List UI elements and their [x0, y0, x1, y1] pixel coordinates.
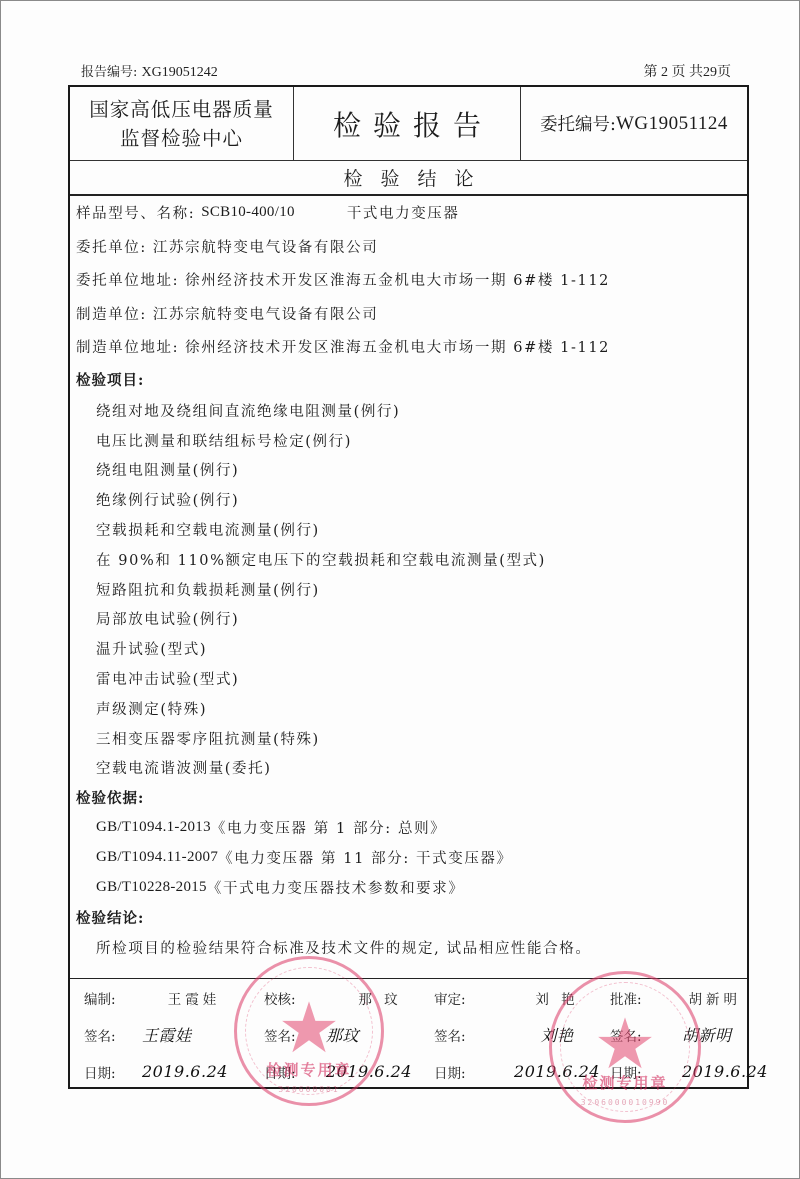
test-item: 局部放电试验(例行) [76, 604, 747, 634]
client-address-line: 委托单位地址: 徐州经济技术开发区淮海五金机电大市场一期 6#楼 1-112 [76, 263, 747, 297]
date-label: 日期: [84, 1062, 142, 1082]
sign-label: 签名: [610, 1025, 682, 1045]
checker-date: 2019.6.24 [326, 1062, 434, 1081]
role-label-approved: 批准: [610, 988, 682, 1008]
report-number: 报告编号: XG19051242 [81, 61, 218, 81]
role-label-compiled: 编制: [84, 988, 142, 1008]
client-address-value: 徐州经济技术开发区淮海五金机电大市场一期 6#楼 1-112 [185, 269, 610, 290]
checker-name: 那 玟 [326, 988, 434, 1008]
basis-item: GB/T1094.1-2013 《电力变压器 第 1 部分: 总则》 [76, 813, 747, 843]
approver-signature: 胡新明 [682, 1023, 747, 1046]
manufacturer-line: 制造单位: 江苏宗航特变电气设备有限公司 [76, 297, 747, 331]
issuing-organization: 国家高低压电器质量 监督检验中心 [70, 87, 294, 160]
sample-model: SCB10-400/10 [201, 204, 295, 221]
dates-row: 日期: 2019.6.24 日期: 2019.6.24 日期: 2019.6.2… [70, 1053, 747, 1090]
sign-label: 签名: [434, 1025, 504, 1045]
test-item: 短路阻抗和负载损耗测量(例行) [76, 574, 747, 604]
conclusion-heading: 检验结论: [76, 903, 747, 933]
document-title: 检验报告 [294, 87, 521, 160]
consignment-label: 委托编号: [540, 111, 616, 136]
report-frame: 国家高低压电器质量 监督检验中心 检验报告 委托编号: WG19051124 检… [68, 85, 749, 1089]
client-address-label: 委托单位地址: [76, 269, 179, 290]
test-items-heading: 检验项目: [76, 364, 747, 396]
compiler-name: 王霞娃 [142, 988, 246, 1008]
basis-heading: 检验依据: [76, 783, 747, 813]
section-title: 检验结论 [70, 161, 747, 196]
manufacturer-address-value: 徐州经济技术开发区淮海五金机电大市场一期 6#楼 1-112 [185, 336, 610, 357]
test-item: 绕组对地及绕组间直流绝缘电阻测量(例行) [76, 396, 747, 426]
report-number-label: 报告编号: [81, 65, 137, 80]
test-item: 温升试验(型式) [76, 634, 747, 664]
page-meta: 报告编号: XG19051242 第 2 页 共29页 [81, 61, 731, 81]
test-item: 在 90%和 110%额定电压下的空载损耗和空载电流测量(型式) [76, 544, 747, 574]
basis-label: 检验依据: [76, 787, 144, 808]
org-line-1: 国家高低压电器质量 [89, 95, 274, 124]
standard-code: GB/T10228-2015 [96, 879, 207, 896]
org-line-2: 监督检验中心 [120, 124, 243, 153]
test-item: 空载电流谐波测量(委托) [76, 753, 747, 783]
conclusion-label: 检验结论: [76, 907, 144, 928]
test-item: 雷电冲击试验(型式) [76, 664, 747, 694]
date-label: 日期: [610, 1062, 682, 1082]
approver-name: 胡新明 [682, 988, 747, 1008]
sign-label: 签名: [84, 1025, 142, 1045]
standard-code: GB/T1094.1-2013 [96, 819, 211, 836]
report-number-value: XG19051242 [142, 65, 218, 80]
sample-label: 样品型号、名称: [76, 202, 195, 223]
reviewer-signature: 刘艳 [504, 1023, 610, 1046]
standard-title: 《干式电力变压器技术参数和要求》 [207, 877, 465, 898]
standard-title: 《电力变压器 第 11 部分: 干式变压器》 [218, 847, 512, 868]
page-indicator: 第 2 页 共29页 [644, 61, 732, 81]
client-line: 委托单位: 江苏宗航特变电气设备有限公司 [76, 230, 747, 264]
manufacturer-address-line: 制造单位地址: 徐州经济技术开发区淮海五金机电大市场一期 6#楼 1-112 [76, 330, 747, 364]
approver-date: 2019.6.24 [682, 1062, 768, 1081]
manufacturer-label: 制造单位: [76, 303, 147, 324]
test-item: 三相变压器零序阻抗测量(特殊) [76, 723, 747, 753]
client-label: 委托单位: [76, 236, 147, 257]
consignment-number: 委托编号: WG19051124 [521, 87, 747, 160]
date-label: 日期: [434, 1062, 504, 1082]
compiler-date: 2019.6.24 [142, 1062, 246, 1081]
consignment-value: WG19051124 [616, 113, 728, 135]
seal-number: 3206000010990 [552, 1098, 698, 1107]
test-item: 绕组电阻测量(例行) [76, 455, 747, 485]
header-row: 国家高低压电器质量 监督检验中心 检验报告 委托编号: WG19051124 [70, 87, 747, 161]
reviewer-date: 2019.6.24 [504, 1062, 610, 1081]
client-value: 江苏宗航特变电气设备有限公司 [153, 236, 378, 257]
test-item: 电压比测量和联结组标号检定(例行) [76, 425, 747, 455]
sample-name: 干式电力变压器 [347, 202, 460, 223]
conclusion-text: 所检项目的检验结果符合标准及技术文件的规定, 试品相应性能合格。 [76, 933, 747, 963]
basis-item: GB/T10228-2015 《干式电力变压器技术参数和要求》 [76, 873, 747, 903]
test-items-label: 检验项目: [76, 369, 144, 390]
test-item: 空载损耗和空载电流测量(例行) [76, 515, 747, 545]
standard-code: GB/T1094.11-2007 [96, 849, 218, 866]
sample-line: 样品型号、名称: SCB10-400/10 干式电力变压器 [76, 196, 747, 230]
basis-item: GB/T1094.11-2007 《电力变压器 第 11 部分: 干式变压器》 [76, 843, 747, 873]
reviewer-name: 刘 艳 [504, 988, 610, 1008]
manufacturer-value: 江苏宗航特变电气设备有限公司 [153, 303, 378, 324]
role-label-checked: 校核: [246, 988, 326, 1008]
signatures-row: 签名: 王霞娃 签名: 那玟 签名: 刘艳 签名: 胡新明 [70, 1016, 747, 1053]
report-body: 样品型号、名称: SCB10-400/10 干式电力变压器 委托单位: 江苏宗航… [70, 196, 747, 963]
standard-title: 《电力变压器 第 1 部分: 总则》 [211, 817, 446, 838]
date-label: 日期: [246, 1062, 326, 1082]
test-item: 声级测定(特殊) [76, 693, 747, 723]
test-item: 绝缘例行试验(例行) [76, 485, 747, 515]
role-label-reviewed: 审定: [434, 988, 504, 1008]
checker-signature: 那玟 [326, 1023, 434, 1046]
manufacturer-address-label: 制造单位地址: [76, 336, 179, 357]
compiler-signature: 王霞娃 [142, 1023, 246, 1046]
roles-row: 编制: 王霞娃 校核: 那 玟 审定: 刘 艳 批准: 胡新明 [70, 979, 747, 1016]
signature-block: 编制: 王霞娃 校核: 那 玟 审定: 刘 艳 批准: 胡新明 签名: 王霞娃 … [70, 978, 747, 1089]
sign-label: 签名: [246, 1025, 326, 1045]
